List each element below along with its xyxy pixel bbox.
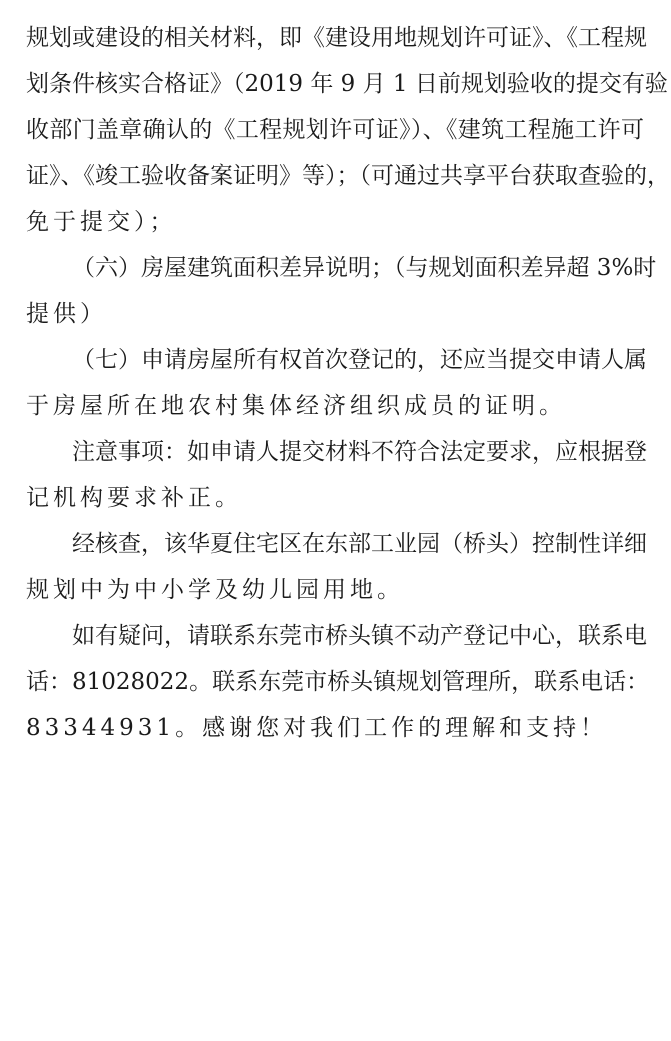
paragraph-item-7: （七）申请房屋所有权首次登记的，还应当提交申请人属 xyxy=(72,344,644,376)
text-line: 规划或建设的相关材料，即《建设用地规划许可证》、《工程规 xyxy=(26,22,644,54)
text-line: 83344931。感谢您对我们工作的理解和支持！ xyxy=(26,712,644,744)
text-line: 划条件核实合格证》（2019 年 9 月 1 日前规划验收的提交有验 xyxy=(26,68,644,100)
text-line: 证》、《竣工验收备案证明》等）；（可通过共享平台获取查验的， xyxy=(26,160,644,192)
paragraph-contact: 如有疑问，请联系东莞市桥头镇不动产登记中心，联系电 xyxy=(72,620,644,652)
text-line: 提供） xyxy=(26,298,644,330)
paragraph-verification: 经核查，该华夏住宅区在东部工业园（桥头）控制性详细 xyxy=(72,528,644,560)
text-line: 话：81028022。联系东莞市桥头镇规划管理所，联系电话： xyxy=(26,666,644,698)
text-line: 免于提交）； xyxy=(26,206,644,238)
document-page: 规划或建设的相关材料，即《建设用地规划许可证》、《工程规 划条件核实合格证》（2… xyxy=(0,0,671,1041)
text-line: 收部门盖章确认的《工程规划许可证》）、《建筑工程施工许可 xyxy=(26,114,644,146)
text-line: 记机构要求补正。 xyxy=(26,482,644,514)
text-line: 规划中为中小学及幼儿园用地。 xyxy=(26,574,644,606)
paragraph-notice: 注意事项：如申请人提交材料不符合法定要求，应根据登 xyxy=(72,436,644,468)
text-line: 于房屋所在地农村集体经济组织成员的证明。 xyxy=(26,390,644,422)
paragraph-item-6: （六）房屋建筑面积差异说明；（与规划面积差异超 3%时 xyxy=(72,252,644,284)
